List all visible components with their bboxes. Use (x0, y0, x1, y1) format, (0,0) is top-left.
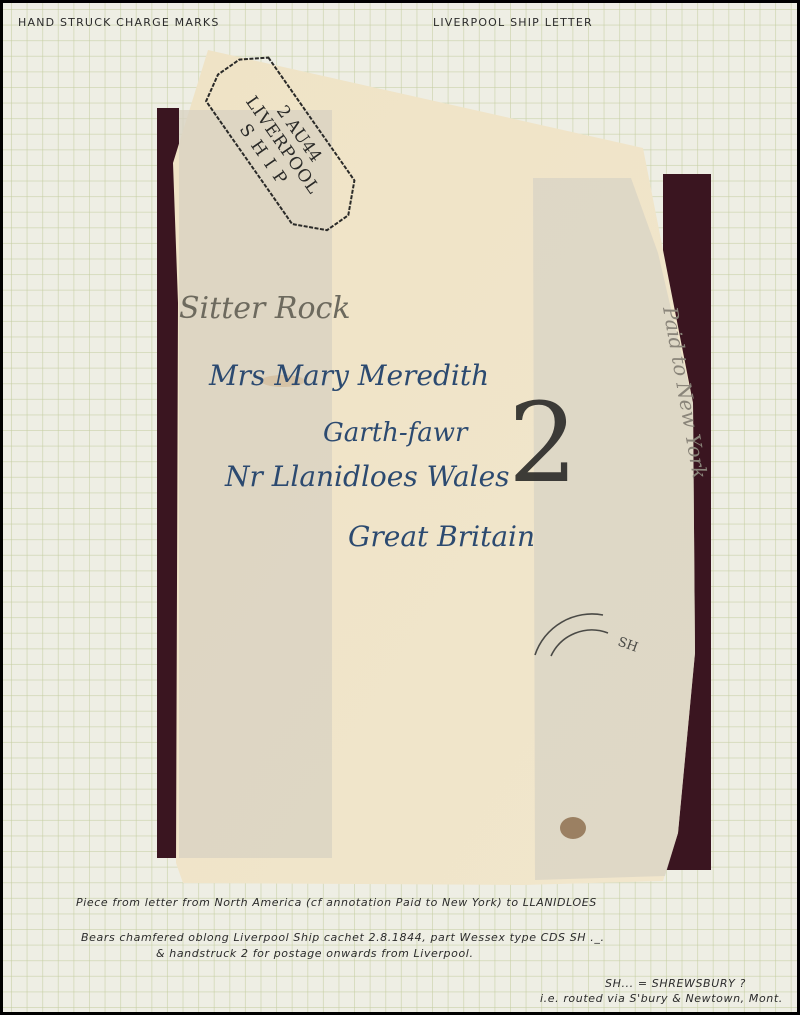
annotation-sitter-rock: Sitter Rock (179, 291, 351, 326)
address-line-4: Great Britain (348, 520, 535, 553)
note-line-3: & handstruck 2 for postage onwards from … (156, 947, 474, 960)
note-line-2: Bears chamfered oblong Liverpool Ship ca… (81, 931, 605, 944)
charge-mark-2: 2 (508, 379, 578, 507)
note-line-4: SH... = SHREWSBURY ? (605, 977, 746, 990)
album-page: Hand Struck Charge Marks Liverpool Ship … (3, 3, 797, 1012)
cover-illustration: 2 AU44 LIVERPOOL SHIP Sitter Rock Mrs Ma… (3, 3, 797, 1012)
note-line-5: i.e. routed via S'bury & Newtown, Mont. (540, 992, 783, 1005)
address-line-3: Nr Llanidloes Wales (224, 460, 510, 493)
address-line-2: Garth-fawr (323, 418, 469, 448)
address-line-1: Mrs Mary Meredith (208, 359, 489, 392)
note-line-1: Piece from letter from North America (cf… (76, 896, 597, 909)
